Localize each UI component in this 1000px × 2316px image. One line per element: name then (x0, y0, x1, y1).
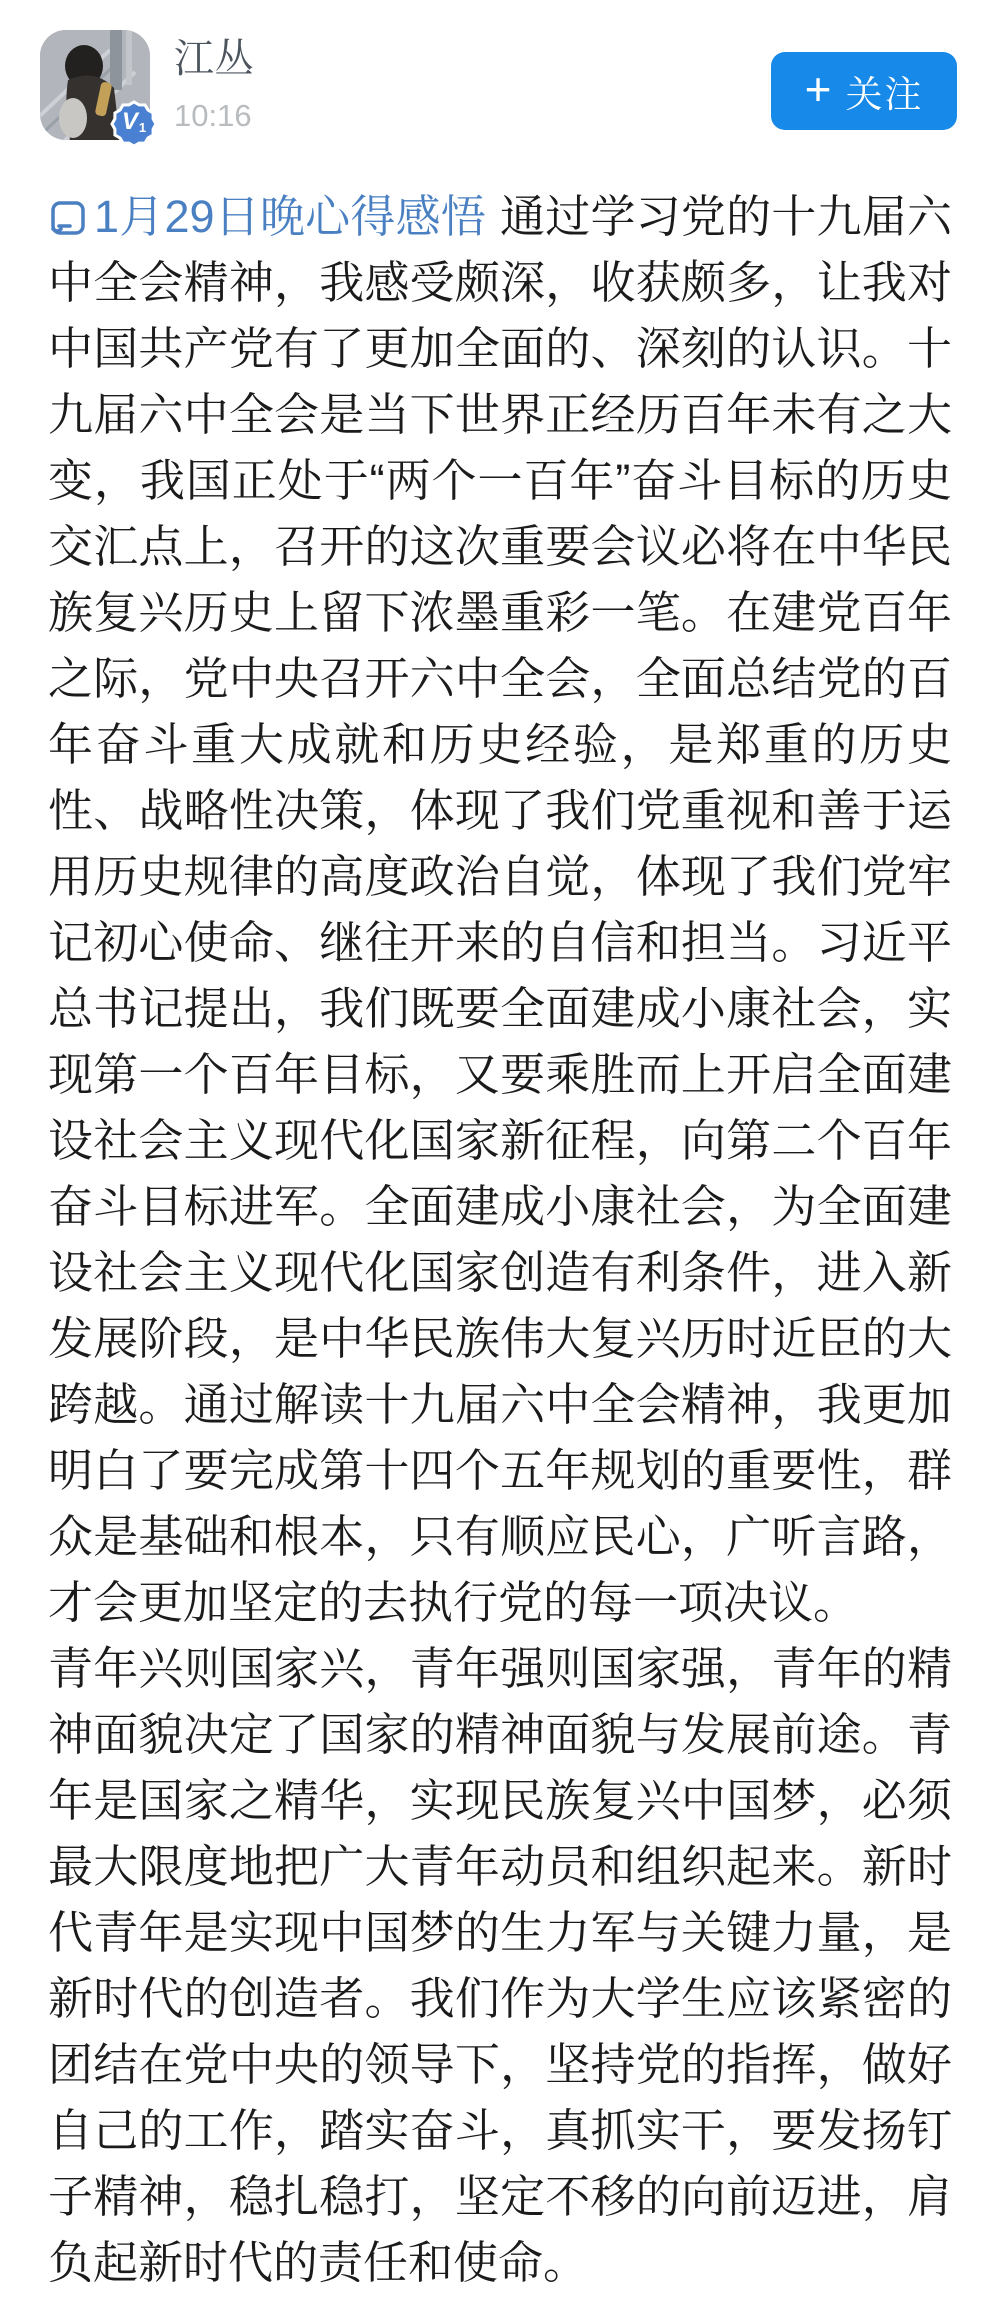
verified-badge-label: V1 (110, 100, 158, 144)
topic-tag-label: 1月29日晚心得感悟 (94, 191, 486, 242)
user-meta: 江丛 10:16 (174, 36, 254, 134)
paragraph-1-text: 通过学习党的十九届六中全会精神，我感受颇深，收获颇多，让我对中国共产党有了更加全… (48, 191, 952, 1628)
post-header: V1 江丛 10:16 + 关注 (0, 0, 1000, 140)
paragraph-2: 青年兴则国家兴，青年强则国家强，青年的精神面貌决定了国家的精神面貌与发展前途。青… (48, 1636, 952, 2296)
paragraph-1: 1月29日晚心得感悟通过学习党的十九届六中全会精神，我感受颇深，收获颇多，让我对… (48, 184, 952, 1636)
username[interactable]: 江丛 (174, 36, 254, 82)
journal-icon (48, 198, 88, 238)
paragraph-2-text: 青年兴则国家兴，青年强则国家强，青年的精神面貌决定了国家的精神面貌与发展前途。青… (48, 1643, 952, 2288)
verified-badge-icon: V1 (110, 100, 158, 148)
avatar[interactable]: V1 (40, 30, 150, 140)
topic-tag[interactable]: 1月29日晚心得感悟 (48, 191, 486, 242)
follow-button[interactable]: + 关注 (771, 52, 957, 130)
post-content: 1月29日晚心得感悟通过学习党的十九届六中全会精神，我感受颇深，收获颇多，让我对… (48, 184, 952, 2296)
follow-button-label: 关注 (845, 64, 923, 118)
weibo-post: V1 江丛 10:16 + 关注 1月29日晚心得感悟通过学习党的十九届六中全会… (0, 0, 1000, 2316)
timestamp: 10:16 (174, 98, 254, 134)
plus-icon: + (805, 66, 832, 112)
